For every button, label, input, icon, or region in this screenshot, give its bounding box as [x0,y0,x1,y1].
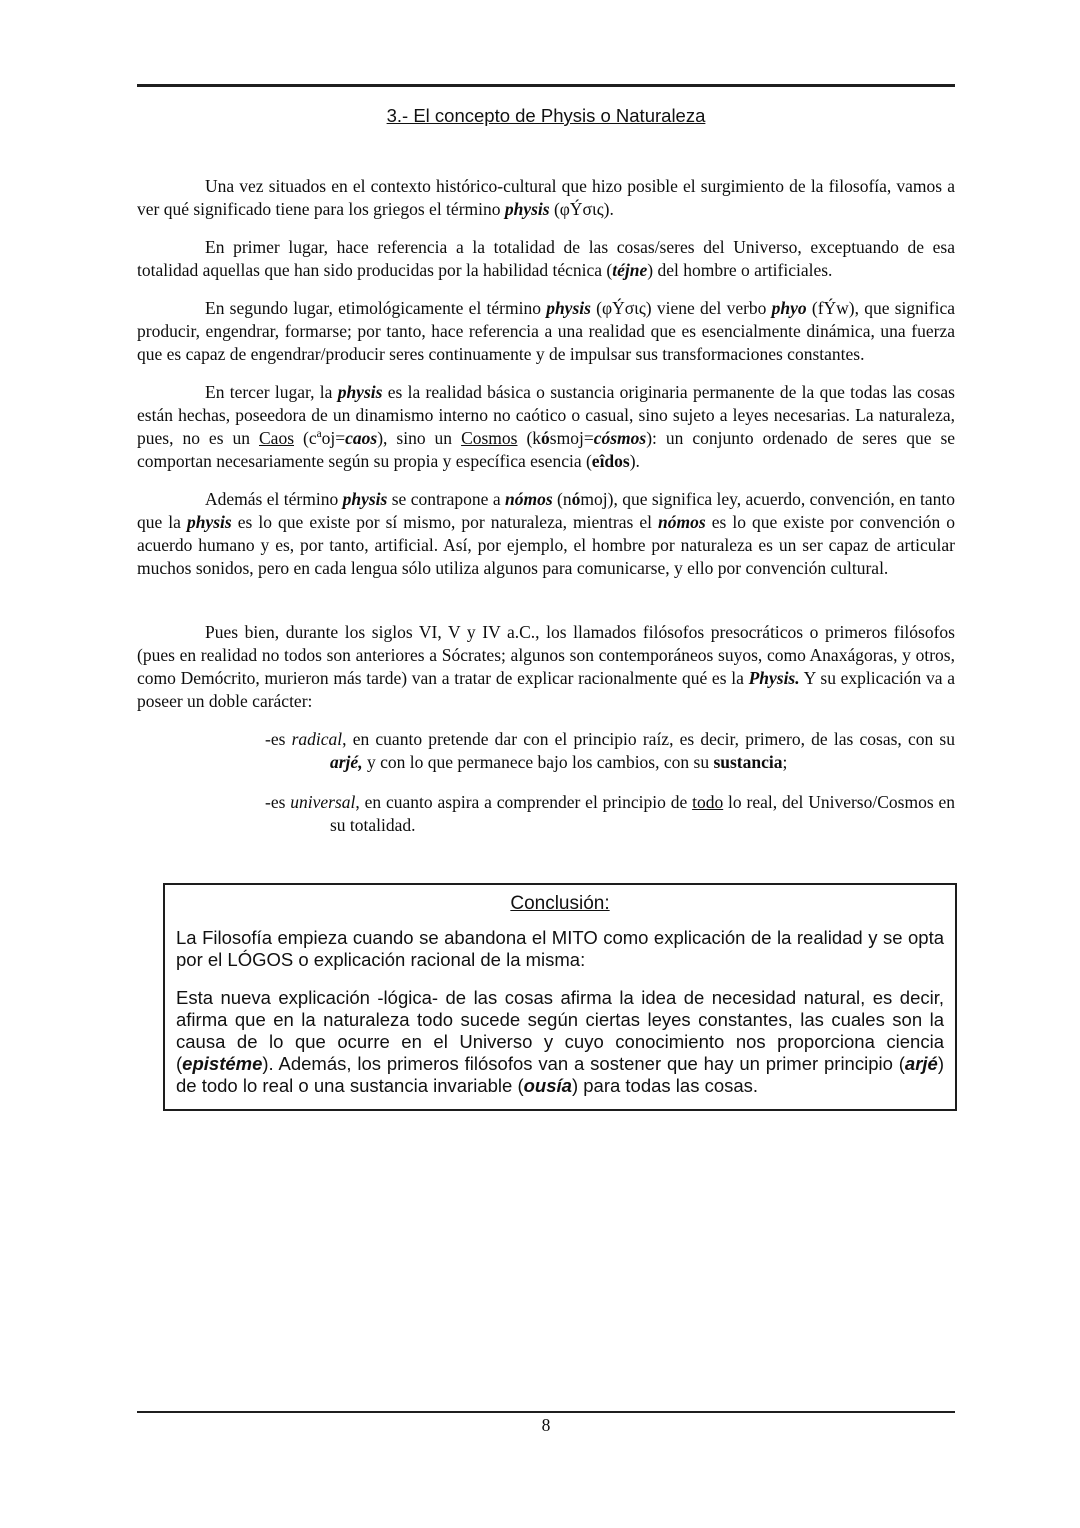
body-paragraph: Además el término physis se contrapone a… [137,488,955,580]
page-footer: 8 [137,1411,955,1437]
body-paragraph: Una vez situados en el contexto históric… [137,175,955,221]
conclusion-paragraph: La Filosofía empieza cuando se abandona … [176,927,944,971]
conclusion-paragraph: Esta nueva explicación -lógica- de las c… [176,987,944,1097]
document-page: 3.- El concepto de Physis o Naturaleza U… [0,0,1080,1528]
conclusion-box: Conclusión: La Filosofía empieza cuando … [163,883,957,1111]
conclusion-title: Conclusión: [176,893,944,915]
page-title: 3.- El concepto de Physis o Naturaleza [137,105,955,127]
page-number: 8 [137,1414,955,1437]
page-content: 3.- El concepto de Physis o Naturaleza U… [137,0,955,1111]
body-paragraph: En tercer lugar, la physis es la realida… [137,381,955,473]
body-paragraph: En primer lugar, hace referencia a la to… [137,236,955,282]
body-paragraph: En segundo lugar, etimológicamente el té… [137,297,955,366]
header-rule [137,84,955,87]
bullet-item-radical: -es radical, en cuanto pretende dar con … [137,728,955,774]
footer-rule [137,1411,955,1413]
bullet-item-universal: -es universal, en cuanto aspira a compre… [137,791,955,837]
body-paragraph: Pues bien, durante los siglos VI, V y IV… [137,621,955,713]
